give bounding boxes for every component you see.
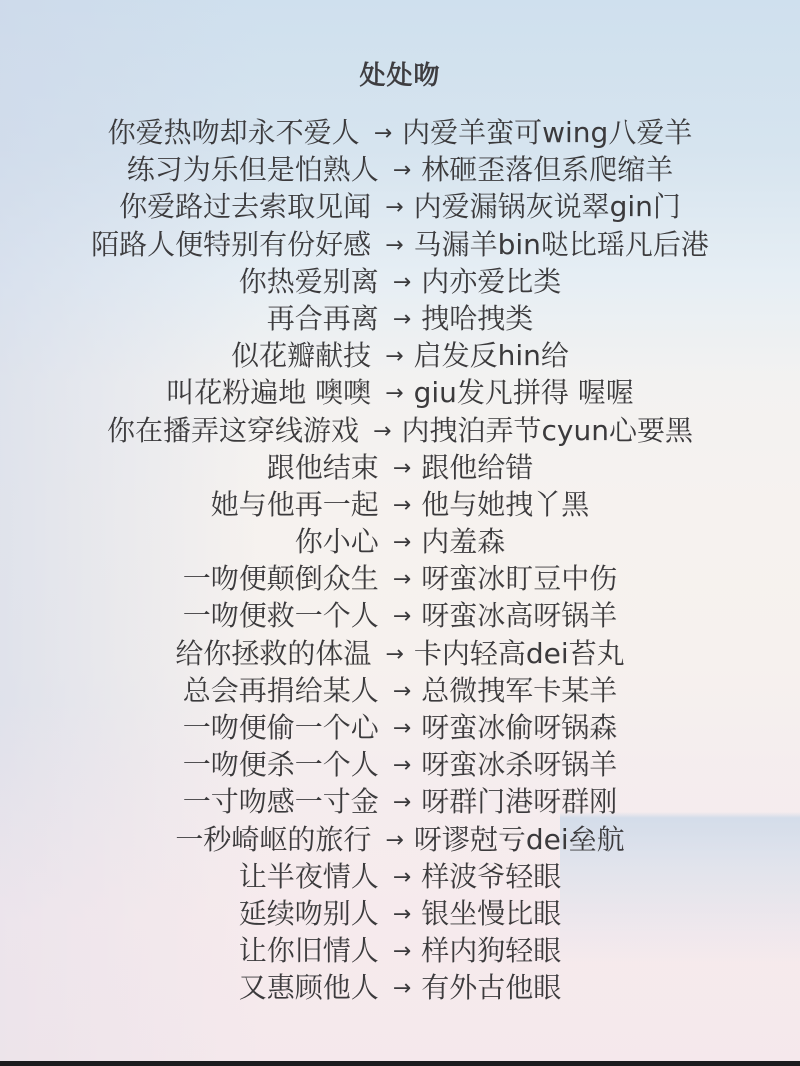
lyric-original: 延续吻别人 <box>239 897 379 930</box>
lyric-phonetic: 呀蛮冰偷呀锅森 <box>421 711 617 744</box>
lyric-original: 再合再离 <box>267 302 379 335</box>
lyric-original: 一吻便偷一个心 <box>183 711 379 744</box>
lyric-original: 你小心 <box>295 525 379 558</box>
arrow-right-icon: → <box>393 264 411 301</box>
arrow-right-icon: → <box>393 524 411 561</box>
arrow-right-icon: → <box>385 189 403 226</box>
lyric-phonetic: 有外古他眼 <box>421 971 561 1004</box>
lyric-original: 一秒崎岖的旅行 <box>175 823 371 856</box>
lyric-line: 她与他再一起→他与她拽丫黑 <box>0 486 800 523</box>
lyric-original: 似花瓣献技 <box>231 339 371 372</box>
arrow-right-icon: → <box>393 450 411 487</box>
lyric-phonetic: 马漏羊bin哒比瑶凡后港 <box>414 228 709 261</box>
lyric-original: 让你旧情人 <box>239 934 379 967</box>
lyric-original: 跟他结束 <box>267 451 379 484</box>
arrow-right-icon: → <box>385 822 403 859</box>
arrow-right-icon: → <box>385 227 403 264</box>
lyric-line: 再合再离→拽哈拽类 <box>0 300 800 337</box>
bottom-edge-bar <box>0 1061 800 1066</box>
lyric-original: 叫花粉遍地 噢噢 <box>166 376 371 409</box>
arrow-right-icon: → <box>393 896 411 933</box>
lyric-original: 陌路人便特别有份好感 <box>91 228 371 261</box>
lyric-line: 你小心→内羞森 <box>0 523 800 560</box>
lyric-line: 延续吻别人→银坐慢比眼 <box>0 895 800 932</box>
lyric-phonetic: 总微拽军卡某羊 <box>421 674 617 707</box>
lyric-phonetic: 样波爷轻眼 <box>421 860 561 893</box>
lyric-phonetic: 他与她拽丫黑 <box>421 488 589 521</box>
arrow-right-icon: → <box>385 636 403 673</box>
lyric-phonetic: 内爱羊蛮可wing八爱羊 <box>402 116 692 149</box>
arrow-right-icon: → <box>393 970 411 1007</box>
lyric-original: 你热爱别离 <box>239 265 379 298</box>
lyric-phonetic: 拽哈拽类 <box>421 302 533 335</box>
arrow-right-icon: → <box>393 933 411 970</box>
lyric-original: 一吻便杀一个人 <box>183 748 379 781</box>
lyric-line: 一秒崎岖的旅行→呀谬尅亏dei垒航 <box>0 821 800 858</box>
lyric-phonetic: 呀蛮冰杀呀锅羊 <box>421 748 617 781</box>
arrow-right-icon: → <box>373 413 391 450</box>
lyric-phonetic: 内羞森 <box>421 525 505 558</box>
lyric-line: 你在播弄这穿线游戏→内拽泊弄节cyun心要黑 <box>0 412 800 449</box>
lyric-phonetic: 跟他给错 <box>421 451 533 484</box>
lyric-phonetic: 林砸歪落但系爬缩羊 <box>421 153 673 186</box>
arrow-right-icon: → <box>393 487 411 524</box>
lyric-line: 一吻便杀一个人→呀蛮冰杀呀锅羊 <box>0 746 800 783</box>
lyric-original: 让半夜情人 <box>239 860 379 893</box>
lyric-original: 你在播弄这穿线游戏 <box>107 414 359 447</box>
lyric-phonetic: 内拽泊弄节cyun心要黑 <box>401 414 692 447</box>
arrow-right-icon: → <box>393 710 411 747</box>
lyric-original: 一吻便颠倒众生 <box>183 562 379 595</box>
arrow-right-icon: → <box>393 859 411 896</box>
lyric-line: 让你旧情人→样内狗轻眼 <box>0 932 800 969</box>
lyric-phonetic: 呀谬尅亏dei垒航 <box>414 823 625 856</box>
lyric-original: 又惠顾他人 <box>239 971 379 1004</box>
lyric-phonetic: 银坐慢比眼 <box>421 897 561 930</box>
lyric-line: 陌路人便特别有份好感→马漏羊bin哒比瑶凡后港 <box>0 226 800 263</box>
arrow-right-icon: → <box>374 115 392 152</box>
arrow-right-icon: → <box>385 375 403 412</box>
lyric-line: 跟他结束→跟他给错 <box>0 449 800 486</box>
lyric-phonetic: 样内狗轻眼 <box>421 934 561 967</box>
lyric-line: 又惠顾他人→有外古他眼 <box>0 969 800 1006</box>
lyric-original: 总会再捐给某人 <box>183 674 379 707</box>
lyric-line: 你爱路过去索取见闻→内爱漏锅灰说翠gin门 <box>0 188 800 225</box>
arrow-right-icon: → <box>393 598 411 635</box>
lyric-phonetic: 内爱漏锅灰说翠gin门 <box>414 190 681 223</box>
lyrics-list: 你爱热吻却永不爱人→内爱羊蛮可wing八爱羊 练习为乐但是怕熟人→林砸歪落但系爬… <box>0 114 800 1007</box>
lyric-line: 你爱热吻却永不爱人→内爱羊蛮可wing八爱羊 <box>0 114 800 151</box>
lyric-phonetic: 内亦爱比类 <box>421 265 561 298</box>
lyric-phonetic: 启发反hin给 <box>414 339 569 372</box>
lyric-line: 练习为乐但是怕熟人→林砸歪落但系爬缩羊 <box>0 151 800 188</box>
lyric-line: 一吻便救一个人→呀蛮冰高呀锅羊 <box>0 597 800 634</box>
arrow-right-icon: → <box>385 338 403 375</box>
lyric-phonetic: 卡内轻高dei苔丸 <box>414 637 625 670</box>
lyric-phonetic: 呀蛮冰盯豆中伤 <box>421 562 617 595</box>
lyric-phonetic: 呀蛮冰高呀锅羊 <box>421 599 617 632</box>
arrow-right-icon: → <box>393 301 411 338</box>
lyric-line: 给你拯救的体温→卡内轻高dei苔丸 <box>0 635 800 672</box>
lyric-original: 她与他再一起 <box>211 488 379 521</box>
arrow-right-icon: → <box>393 561 411 598</box>
lyric-original: 你爱热吻却永不爱人 <box>108 116 360 149</box>
lyric-original: 一寸吻感一寸金 <box>183 785 379 818</box>
lyric-line: 一寸吻感一寸金→呀群门港呀群刚 <box>0 783 800 820</box>
arrow-right-icon: → <box>393 747 411 784</box>
lyric-original: 你爱路过去索取见闻 <box>119 190 371 223</box>
lyric-line: 一吻便颠倒众生→呀蛮冰盯豆中伤 <box>0 560 800 597</box>
arrow-right-icon: → <box>393 784 411 821</box>
lyric-line: 让半夜情人→样波爷轻眼 <box>0 858 800 895</box>
lyric-original: 一吻便救一个人 <box>183 599 379 632</box>
lyric-line: 叫花粉遍地 噢噢→giu发凡拼得 喔喔 <box>0 374 800 411</box>
page-title: 处处吻 <box>0 55 800 92</box>
lyric-line: 一吻便偷一个心→呀蛮冰偷呀锅森 <box>0 709 800 746</box>
lyric-phonetic: giu发凡拼得 喔喔 <box>414 376 634 409</box>
arrow-right-icon: → <box>393 152 411 189</box>
lyric-original: 给你拯救的体温 <box>175 637 371 670</box>
lyric-line: 似花瓣献技→启发反hin给 <box>0 337 800 374</box>
lyric-original: 练习为乐但是怕熟人 <box>127 153 379 186</box>
lyric-line: 你热爱别离→内亦爱比类 <box>0 263 800 300</box>
arrow-right-icon: → <box>393 673 411 710</box>
lyric-phonetic: 呀群门港呀群刚 <box>421 785 617 818</box>
lyric-line: 总会再捐给某人→总微拽军卡某羊 <box>0 672 800 709</box>
